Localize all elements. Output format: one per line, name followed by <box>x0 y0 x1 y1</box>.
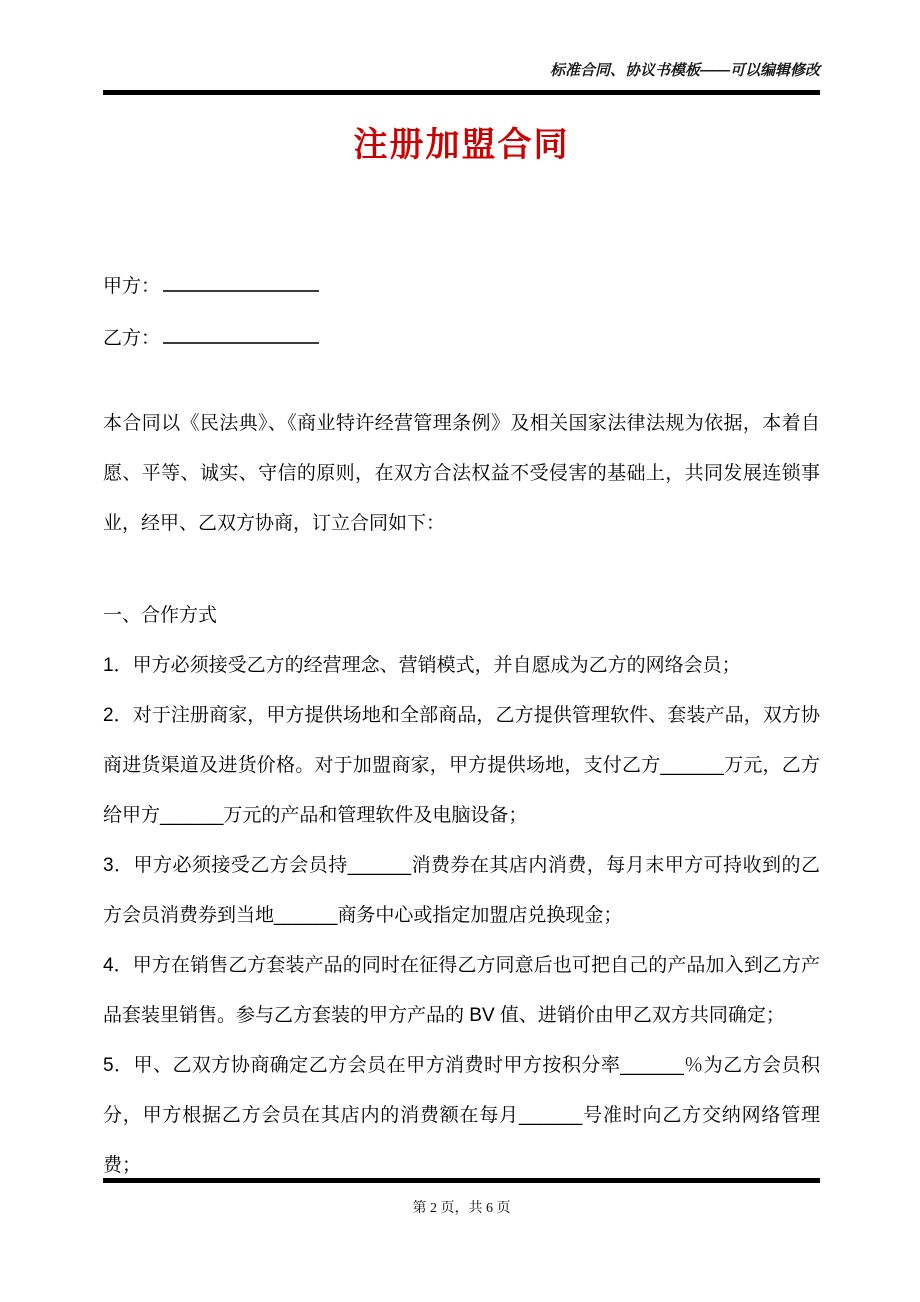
page-number: 第 2 页，共 6 页 <box>103 1199 820 1219</box>
party-a-line: 甲方： <box>103 261 820 313</box>
header-watermark: 标准合同、协议书模板——可以编辑修改 <box>103 0 820 82</box>
clause-2: 2．对于注册商家，甲方提供场地和全部商品，乙方提供管理软件、套装产品，双方协商进… <box>103 691 820 841</box>
clause-4: 4．甲方在销售乙方套装产品的同时在征得乙方同意后也可把自己的产品加入到乙方产品套… <box>103 941 820 1041</box>
party-a-blank <box>163 271 319 292</box>
party-b-label: 乙方： <box>103 328 160 349</box>
page-footer: 第 2 页，共 6 页 <box>103 1178 820 1219</box>
intro-paragraph: 本合同以《民法典》、《商业特许经营管理条例》及相关国家法律法规为依据，本着自愿、… <box>103 399 820 549</box>
document-title: 注册加盟合同 <box>103 121 820 169</box>
header-rule <box>103 90 820 95</box>
section-heading: 一、合作方式 <box>103 591 820 641</box>
party-a-label: 甲方： <box>103 276 160 297</box>
party-b-line: 乙方： <box>103 313 820 365</box>
clause-3: 3．甲方必须接受乙方会员持______消费券在其店内消费，每月末甲方可持收到的乙… <box>103 841 820 941</box>
clause-1: 1．甲方必须接受乙方的经营理念、营销模式，并自愿成为乙方的网络会员； <box>103 641 820 691</box>
party-b-blank <box>163 323 319 344</box>
party-block: 甲方： 乙方： <box>103 261 820 365</box>
document-page: 标准合同、协议书模板——可以编辑修改 注册加盟合同 甲方： 乙方： 本合同以《民… <box>0 0 920 1302</box>
footer-rule <box>103 1178 820 1183</box>
clause-5: 5．甲、乙双方协商确定乙方会员在甲方消费时甲方按积分率______％为乙方会员积… <box>103 1041 820 1191</box>
